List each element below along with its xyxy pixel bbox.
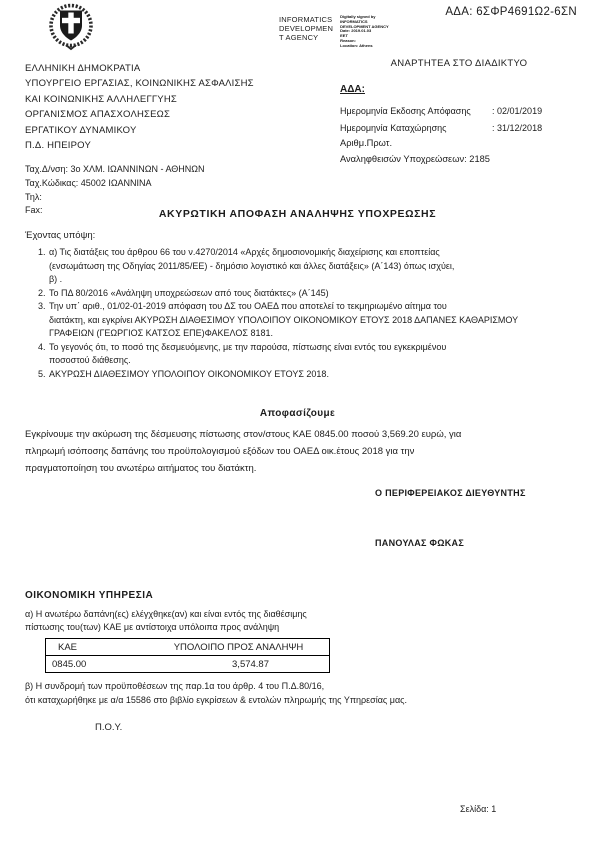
signatory-role: Ο ΠΕΡΙΦΕΡΕΙΑΚΟΣ ΔΙΕΥΘΥΝΤΗΣ (375, 488, 526, 498)
finance-note-b: β) Η συνδρομή των προϋποθέσεων της παρ.1… (25, 680, 570, 707)
item-text: Την υπ΄ αριθ., 01/02-01-2019 απόφαση του… (49, 300, 575, 341)
document-page: INFORMATICS DEVELOPMEN T AGENCY Digitall… (0, 0, 595, 842)
item-number: 5. (38, 368, 49, 382)
finance-section-heading: ΟΙΚΟΝΟΜΙΚΗ ΥΠΗΡΕΣΙΑ (25, 590, 570, 601)
postal-address-line: Ταχ.Δ/νση: 3ο ΧΛΜ. ΙΩΑΝΝΙΝΩΝ - ΑΘΗΝΩΝ (25, 163, 205, 177)
phone-line: Τηλ: (25, 191, 205, 205)
item-number: 2. (38, 287, 49, 301)
decision-body: Εγκρίνουμε την ακύρωση της δέσμευσης πίσ… (25, 426, 573, 477)
registration-date-value: 31/12/2018 (497, 120, 542, 137)
posting-info-block: ΑΝΑΡΤΗΤΕΑ ΣΤΟ ΔΙΑΔΙΚΤΥΟ ΑΔΑ: Ημερομηνία … (340, 58, 578, 167)
separator: : (492, 103, 495, 120)
org-line: ΥΠΟΥΡΓΕΙΟ ΕΡΓΑΣΙΑΣ, ΚΟΙΝΩΝΙΚΗΣ ΑΣΦΑΛΙΣΗΣ (25, 76, 254, 91)
decision-heading: Αποφασίζουμε (0, 408, 595, 419)
preamble-item: 3. Την υπ΄ αριθ., 01/02-01-2019 απόφαση … (38, 300, 575, 341)
item-number: 3. (38, 300, 49, 341)
ada-number-top: ΑΔΑ: 6ΣΦΡ4691Ω2-6ΣΝ (445, 6, 577, 18)
item-number: 4. (38, 341, 49, 368)
preamble-heading: Έχοντας υπόψη: (25, 230, 95, 241)
kae-balance-table: ΚΑΕ ΥΠΟΛΟΙΠΟ ΠΡΟΣ ΑΝΑΛΗΨΗ 0845.00 3,574.… (45, 638, 330, 673)
separator: : (492, 120, 495, 137)
obligations-count-line: Αναληφθεισών Υποχρεώσεων: 2185 (340, 152, 578, 168)
postal-code-line: Ταχ.Κώδικας: 45002 ΙΩΑΝΝΙΝΑ (25, 177, 205, 191)
kae-value-cell: 0845.00 (46, 656, 149, 673)
balance-header-cell: ΥΠΟΛΟΙΠΟ ΠΡΟΣ ΑΝΑΛΗΨΗ (148, 639, 330, 656)
table-row: 0845.00 3,574.87 (46, 656, 330, 673)
registration-date-row: Ημερομηνία Καταχώρησης : 31/12/2018 (340, 120, 578, 137)
item-number: 1. (38, 246, 49, 287)
org-header-block: ΕΛΛΗΝΙΚΗ ΔΗΜΟΚΡΑΤΙΑ ΥΠΟΥΡΓΕΙΟ ΕΡΓΑΣΙΑΣ, … (25, 61, 254, 153)
preamble-item: 4. Το γεγονός ότι, το ποσό της δεσμευόμε… (38, 341, 575, 368)
internet-posting-notice: ΑΝΑΡΤΗΤΕΑ ΣΤΟ ΔΙΑΔΙΚΤΥΟ (340, 58, 578, 69)
finance-section: ΟΙΚΟΝΟΜΙΚΗ ΥΠΗΡΕΣΙΑ α) Η ανωτέρω δαπάνη(… (25, 590, 570, 733)
greek-coat-of-arms-icon (42, 2, 100, 52)
preamble-item: 2. Το ΠΔ 80/2016 «Ανάληψη υποχρεώσεων απ… (38, 287, 575, 301)
item-text: ΑΚΥΡΩΣΗ ΔΙΑΘΕΣΙΜΟΥ ΥΠΟΛΟΙΠΟΥ ΟΙΚΟΝΟΜΙΚΟΥ… (49, 368, 575, 382)
preamble-item: 5. ΑΚΥΡΩΣΗ ΔΙΑΘΕΣΙΜΟΥ ΥΠΟΛΟΙΠΟΥ ΟΙΚΟΝΟΜΙ… (38, 368, 575, 382)
item-text: Το ΠΔ 80/2016 «Ανάληψη υποχρεώσεων από τ… (49, 287, 575, 301)
preamble-items: 1. α) Τις διατάξεις του άρθρου 66 του ν.… (38, 246, 575, 381)
preamble-item: 1. α) Τις διατάξεις του άρθρου 66 του ν.… (38, 246, 575, 287)
stamp-agency-name: INFORMATICS DEVELOPMEN T AGENCY (279, 15, 333, 42)
table-header-row: ΚΑΕ ΥΠΟΛΟΙΠΟ ΠΡΟΣ ΑΝΑΛΗΨΗ (46, 639, 330, 656)
org-line: ΕΡΓΑΤΙΚΟΥ ΔΥΝΑΜΙΚΟΥ (25, 123, 254, 138)
org-line: ΕΛΛΗΝΙΚΗ ΔΗΜΟΚΡΑΤΙΑ (25, 61, 254, 76)
ada-label: ΑΔΑ: (340, 84, 578, 95)
org-line: Π.Δ. ΗΠΕΙΡΟΥ (25, 138, 254, 153)
kae-header-cell: ΚΑΕ (46, 639, 149, 656)
item-text: Το γεγονός ότι, το ποσό της δεσμευόμενης… (49, 341, 575, 368)
registration-date-label: Ημερομηνία Καταχώρησης (340, 120, 492, 137)
digital-signature-stamp: INFORMATICS DEVELOPMEN T AGENCY Digitall… (279, 15, 410, 49)
document-title: ΑΚΥΡΩΤΙΚΗ ΑΠΟΦΑΣΗ ΑΝΑΛΗΨΗΣ ΥΠΟΧΡΕΩΣΗΣ (0, 208, 595, 220)
finance-note-a: α) Η ανωτέρω δαπάνη(ες) ελέγχθηκε(αν) κα… (25, 608, 570, 634)
decision-date-value: 02/01/2019 (497, 103, 542, 120)
org-line: ΟΡΓΑΝΙΣΜΟΣ ΑΠΑΣΧΟΛΗΣΕΩΣ (25, 107, 254, 122)
page-number: Σελίδα: 1 (460, 804, 496, 814)
signatory-name: ΠΑΝΟΥΛΑΣ ΦΩΚΑΣ (375, 538, 464, 548)
decision-date-label: Ημερομηνία Εκδοσης Απόφασης (340, 103, 492, 120)
item-text: α) Τις διατάξεις του άρθρου 66 του ν.427… (49, 246, 575, 287)
org-line: ΚΑΙ ΚΟΙΝΩΝΙΚΗΣ ΑΛΛΗΛΕΓΓΥΗΣ (25, 92, 254, 107)
stamp-signature-details: Digitally signed by INFORMATICS DEVELOPM… (340, 15, 410, 49)
protocol-number-label: Αριθμ.Πρωτ. (340, 136, 578, 152)
balance-value-cell: 3,574.87 (148, 656, 330, 673)
decision-date-row: Ημερομηνία Εκδοσης Απόφασης : 02/01/2019 (340, 103, 578, 120)
poy-label: Π.Ο.Υ. (95, 722, 570, 733)
